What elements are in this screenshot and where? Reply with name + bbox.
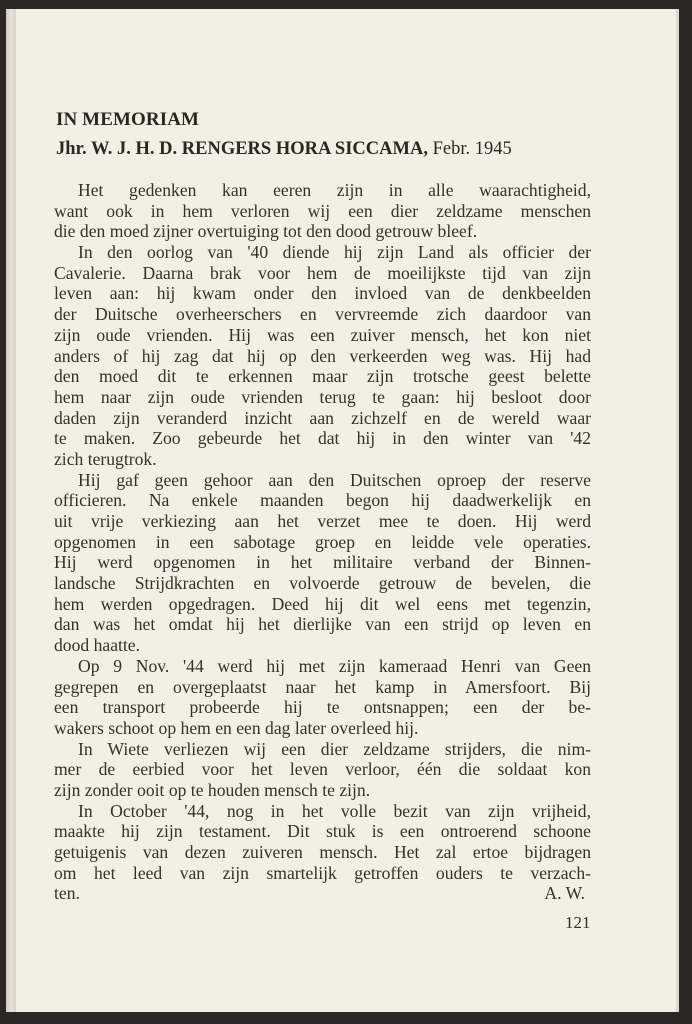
text-line: Het gedenken kan eeren zijn in alle waar…	[54, 180, 591, 201]
page-edge	[676, 9, 679, 1012]
subject-name: Jhr. W. J. H. D. RENGERS HORA SICCAMA,	[56, 139, 428, 159]
text-line: om het leed van zijn smartelijk getroffe…	[54, 863, 591, 884]
text-line: zijn oude vrienden. Hij was een zuiver m…	[54, 325, 591, 346]
closing-row: ten. A. W.	[54, 883, 591, 904]
text-line: want ook in hem verloren wij een dier ze…	[54, 201, 591, 222]
text-line: opgenomen in een sabotage groep en leidd…	[54, 532, 591, 553]
text-line: Hij werd opgenomen in het militaire verb…	[54, 552, 591, 573]
book-page: IN MEMORIAM Jhr. W. J. H. D. RENGERS HOR…	[6, 9, 679, 1012]
text-line: anders of hij zag dat hij op den verkeer…	[54, 346, 591, 367]
text-line: Op 9 Nov. '44 werd hij met zijn kameraad…	[54, 656, 591, 677]
text-line: In Wiete verliezen wij een dier zeldzame…	[54, 739, 591, 760]
memorial-text: Het gedenken kan eeren zijn in alle waar…	[54, 180, 591, 904]
text-line: een transport probeerde hij te ontsnappe…	[54, 697, 591, 718]
subject-date: Febr. 1945	[433, 139, 512, 159]
text-line: In October '44, nog in het volle bezit v…	[54, 801, 591, 822]
heading: IN MEMORIAM	[56, 109, 199, 131]
text-line: wakers schoot op hem en een dag later ov…	[54, 718, 591, 739]
text-line: zich terugtrok.	[54, 449, 591, 470]
text-line: uit vrije verkiezing aan het verzet mee …	[54, 511, 591, 532]
text-line: landsche Strijdkrachten en volvoerde get…	[54, 573, 591, 594]
text-line: te maken. Zoo gebeurde het dat hij in de…	[54, 428, 591, 449]
text-line: dan was het omdat hij het dierlijke van …	[54, 614, 591, 635]
text-line: der Duitsche overheerschers en vervreemd…	[54, 304, 591, 325]
text-line: dood haatte.	[54, 635, 591, 656]
text-line: daden zijn veranderd inzicht aan zichzel…	[54, 408, 591, 429]
text-line: zijn zonder ooit op te houden mensch te …	[54, 780, 591, 801]
signature: A. W.	[544, 883, 591, 904]
text-line: Cavalerie. Daarna brak voor hem de moeil…	[54, 263, 591, 284]
text-line: getuigenis van dezen zuiveren mensch. He…	[54, 842, 591, 863]
text-line: leven aan: hij kwam onder den invloed va…	[54, 283, 591, 304]
text-line: hem werden opgedragen. Deed hij dit wel …	[54, 594, 591, 615]
page-gutter	[6, 9, 16, 1012]
text-line: gegrepen en overgeplaatst naar het kamp …	[54, 677, 591, 698]
text-line: maakte hij zijn testament. Dit stuk is e…	[54, 821, 591, 842]
text-line: Hij gaf geen gehoor aan den Duitschen op…	[54, 470, 591, 491]
text-line: mer de eerbied voor het leven verloor, é…	[54, 759, 591, 780]
page-number: 121	[565, 913, 591, 933]
subheading: Jhr. W. J. H. D. RENGERS HORA SICCAMA, F…	[56, 139, 512, 160]
text-line: hem naar zijn oude vrienden terug te gaa…	[54, 387, 591, 408]
text-line: den moed dit te erkennen maar zijn trots…	[54, 366, 591, 387]
text-line: die den moed zijner overtuiging tot den …	[54, 221, 591, 242]
text-line: officieren. Na enkele maanden begon hij …	[54, 490, 591, 511]
text-line: In den oorlog van '40 diende hij zijn La…	[54, 242, 591, 263]
final-line: ten.	[54, 883, 80, 904]
